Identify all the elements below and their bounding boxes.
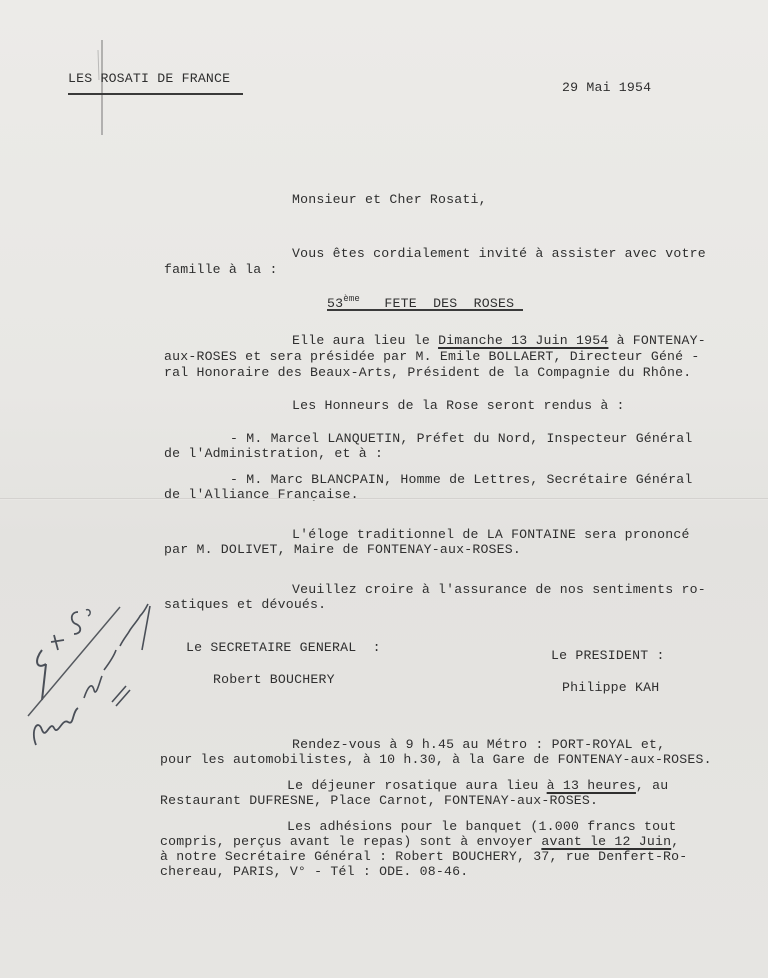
banquet-line1: Les adhésions pour le banquet (1.000 fra… (287, 819, 676, 834)
eloge-line1: L'éloge traditionnel de LA FONTAINE sera… (292, 527, 690, 542)
event-suffix: ème (343, 294, 360, 304)
banquet-deadline: avant le 12 Juin (541, 834, 671, 849)
paragraph-date-line1: Elle aura lieu le Dimanche 13 Juin 1954 … (292, 333, 706, 348)
event-title-underline (327, 309, 523, 311)
letter-page: LES ROSATI DE FRANCE 29 Mai 1954 Monsieu… (0, 0, 768, 978)
handwritten-annotation (20, 590, 190, 760)
text: , (671, 834, 679, 849)
lunch-line2: Restaurant DUFRESNE, Place Carnot, FONTE… (160, 793, 598, 808)
eloge-line2: par M. DOLIVET, Maire de FONTENAY-aux-RO… (164, 542, 521, 557)
signatory-secretary-role: Le SECRETAIRE GENERAL : (186, 640, 381, 655)
signatory-secretary-name: Robert BOUCHERY (213, 672, 335, 687)
ink-smudge (92, 40, 112, 140)
banquet-line4: chereau, PARIS, V° - Tél : ODE. 08-46. (160, 864, 468, 879)
closing-line1: Veuillez croire à l'assurance de nos sen… (292, 582, 706, 597)
text: à FONTENAY- (608, 333, 705, 348)
signatory-president-role: Le PRESIDENT : (551, 648, 665, 663)
banquet-line2: compris, perçus avant le repas) sont à e… (160, 834, 679, 849)
banquet-line3: à notre Secrétaire Général : Robert BOUC… (160, 849, 687, 864)
honoree1-line1: - M. Marcel LANQUETIN, Préfet du Nord, I… (230, 431, 693, 446)
paragraph-date-line2: aux-ROSES et sera présidée par M. Emile … (164, 349, 700, 364)
salutation: Monsieur et Cher Rosati, (292, 192, 487, 207)
text: Le déjeuner rosatique aura lieu (287, 778, 547, 793)
paragraph-invite-line2: famille à la : (164, 262, 278, 277)
honoree2-line1: - M. Marc BLANCPAIN, Homme de Lettres, S… (230, 472, 693, 487)
event-date: Dimanche 13 Juin 1954 (438, 333, 608, 348)
honoree1-line2: de l'Administration, et à : (164, 446, 383, 461)
text: Elle aura lieu le (292, 333, 438, 348)
paragraph-date-line3: ral Honoraire des Beaux-Arts, Président … (164, 365, 691, 380)
rendezvous-line1: Rendez-vous à 9 h.45 au Métro : PORT-ROY… (292, 737, 665, 752)
text: compris, perçus avant le repas) sont à e… (160, 834, 541, 849)
letterhead-underline (68, 93, 243, 95)
lunch-line1: Le déjeuner rosatique aura lieu à 13 heu… (287, 778, 668, 793)
letterhead: LES ROSATI DE FRANCE (68, 71, 230, 86)
lunch-time: à 13 heures (547, 778, 636, 793)
text: , au (636, 778, 668, 793)
signatory-president-name: Philippe KAH (562, 680, 659, 695)
paragraph-invite-line1: Vous êtes cordialement invité à assister… (292, 246, 706, 261)
paper-fold (0, 498, 768, 500)
letter-date: 29 Mai 1954 (562, 80, 651, 95)
honours-intro: Les Honneurs de la Rose seront rendus à … (292, 398, 625, 413)
rendezvous-line2: pour les automobilistes, à 10 h.30, à la… (160, 752, 712, 767)
